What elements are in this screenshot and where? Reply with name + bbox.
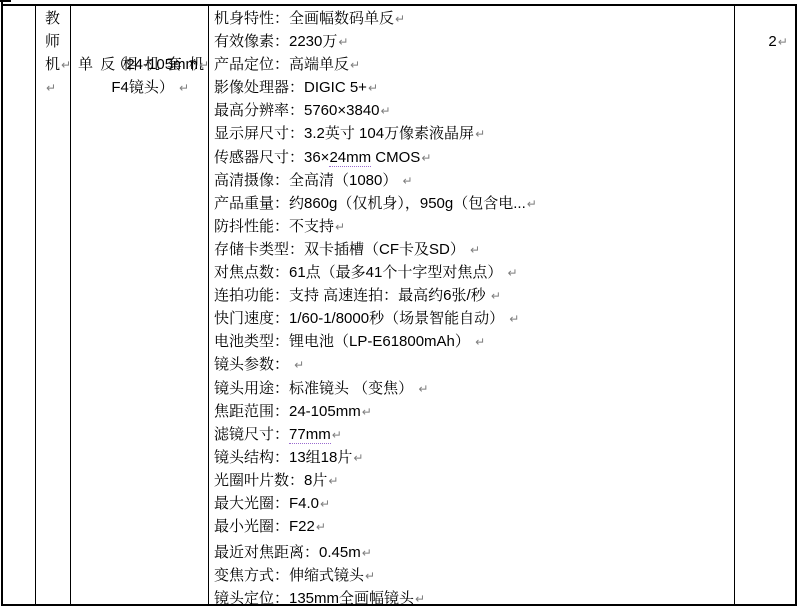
spec-table: 7↵ 教师机↵↵ 单反相机套机 （24-105mm↵ F4镜头） ↵ 机身特性：… [1,4,797,606]
paragraph-mark-icon: ↵ [179,81,189,95]
spec-text: 镜头结构：13组18片 [214,449,352,466]
spec-line: 传感器尺寸：36×24mm CMOS↵ [214,146,730,169]
cell-row-number[interactable]: 7↵ [3,6,36,604]
item-title-line: 单反相机套机 [78,7,203,30]
document-page: 7↵ 教师机↵↵ 单反相机套机 （24-105mm↵ F4镜头） ↵ 机身特性：… [0,0,801,608]
paragraph-mark-icon: ↵ [475,127,485,141]
spec-text: 产品定位：高端单反 [214,56,349,73]
machine-empty-paragraph: ↵ [45,76,70,99]
paragraph-mark-icon: ↵ [527,197,537,211]
spec-line: 最小光圈：F22↵ [214,515,730,538]
spec-text: 连拍功能：支持 高速连拍：最高约6张/秒 [214,287,490,304]
spec-line: 最高分辨率：5760×3840↵ [214,99,730,122]
paragraph-mark-icon: ↵ [199,58,209,72]
spec-line: 机身特性：全画幅数码单反↵ [214,7,730,30]
paragraph-mark-icon: ↵ [328,474,338,488]
spec-line: 有效像素：2230万↵ [214,30,730,53]
machine-char: 机 [45,56,60,73]
paragraph-mark-icon: ↵ [509,312,519,326]
paragraph-mark-icon: ↵ [362,405,372,419]
spec-line: 连拍功能：支持 高速连拍：最高约6张/秒 ↵ [214,284,730,307]
spec-text: 镜头用途：标准镜头 （变焦） [214,380,417,397]
paragraph-mark-icon: ↵ [365,569,375,583]
item-line2-text: （24-105mm [111,56,198,73]
item-line3-text: F4镜头） [111,79,178,96]
quantity-line: 2↵ [735,7,777,30]
paragraph-mark-icon: ↵ [470,243,480,257]
paragraph-mark-icon: ↵ [418,382,428,396]
paragraph-mark-icon: ↵ [475,335,485,349]
spec-line: 滤镜尺寸：77mm↵ [214,423,730,446]
spec-text: 影像处理器：DIGIC 5+ [214,79,367,96]
paragraph-mark-icon: ↵ [395,12,405,26]
spec-text: 快门速度：1/60-1/8000秒（场景智能自动） [214,310,508,327]
spec-text: 光圈叶片数：8片 [214,472,327,489]
spec-line: 防抖性能：不支持↵ [214,215,730,238]
spec-text: 有效像素：2230万 [214,33,337,50]
paragraph-mark-icon: ↵ [320,497,330,511]
spec-line: 焦距范围：24-105mm↵ [214,400,730,423]
cell-specifications[interactable]: 机身特性：全画幅数码单反↵有效像素：2230万↵产品定位：高端单反↵影像处理器：… [209,6,735,604]
paragraph-mark-icon: ↵ [61,58,71,72]
spellcheck-underlined-text: 24mm [329,149,371,167]
spec-line: 镜头参数： ↵ [214,353,730,376]
spec-text: 存储卡类型：双卡插槽（CF卡及SD） [214,241,469,258]
paragraph-mark-icon: ↵ [46,81,56,95]
paragraph-mark-icon: ↵ [338,35,348,49]
paragraph-mark-icon: ↵ [415,592,425,604]
paragraph-mark-icon: ↵ [350,58,360,72]
paragraph-mark-icon: ↵ [362,546,372,560]
paragraph-mark-icon: ↵ [316,520,326,534]
spec-text: 机身特性：全画幅数码单反 [214,10,394,27]
spec-line: 对焦点数：61点（最多41个十字型对焦点） ↵ [214,261,730,284]
spec-line: 产品重量：约860g（仅机身），950g（包含电...↵ [214,192,730,215]
paragraph-mark-icon: ↵ [381,104,391,118]
paragraph-mark-icon: ↵ [294,358,304,372]
spec-text: 最高分辨率：5760×3840 [214,102,380,119]
spec-text: 变焦方式：伸缩式镜头 [214,567,364,584]
row-number-line: 7↵ [10,7,35,30]
spec-line: 镜头用途：标准镜头 （变焦） ↵ [214,377,730,400]
spec-text: CMOS [371,149,420,166]
paragraph-mark-icon: ↵ [335,220,345,234]
spec-line: 电池类型：锂电池（LP-E61800mAh） ↵ [214,330,730,353]
spec-line: 快门速度：1/60-1/8000秒（场景智能自动） ↵ [214,307,730,330]
paragraph-mark-icon: ↵ [353,451,363,465]
paragraph-mark-icon: ↵ [368,81,378,95]
spec-line: 存储卡类型：双卡插槽（CF卡及SD） ↵ [214,238,730,261]
spec-text: 镜头参数： [214,356,293,373]
spec-text: 电池类型：锂电池（LP-E61800mAh） [214,333,474,350]
machine-char: 师 [45,33,60,50]
spec-line: 产品定位：高端单反↵ [214,53,730,76]
spec-text: 最近对焦距离：0.45m [214,544,361,561]
spec-text: 防抖性能：不支持 [214,218,334,235]
paragraph-mark-icon: ↵ [421,151,431,165]
spec-text: 最大光圈：F4.0 [214,495,319,512]
paragraph-mark-icon: ↵ [332,428,342,442]
machine-char-line: 师 [45,30,70,53]
spec-text: 高清摄像：全高清（1080） [214,172,402,189]
spec-text: 滤镜尺寸： [214,426,289,443]
spec-line: 显示屏尺寸：3.2英寸 104万像素液晶屏↵ [214,122,730,145]
machine-char: 教 [45,10,60,27]
cell-machine-type[interactable]: 教师机↵↵ [36,6,71,604]
quantity-text: 2 [768,33,776,50]
spec-line: 变焦方式：伸缩式镜头↵ [214,564,730,587]
spec-text: 传感器尺寸：36× [214,149,329,166]
spellcheck-underlined-text: 77mm [289,426,331,444]
paragraph-mark-icon: ↵ [491,289,501,303]
cell-quantity[interactable]: 2↵ [735,6,795,604]
machine-char-line: 教 [45,7,70,30]
spec-line: 镜头定位：135mm全画幅镜头↵ [214,587,730,604]
paragraph-mark-icon: ↵ [403,174,413,188]
spec-text: 产品重量：约860g（仅机身），950g（包含电... [214,195,526,212]
paragraph-mark-icon: ↵ [508,266,518,280]
spec-line: 高清摄像：全高清（1080） ↵ [214,169,730,192]
spec-text: 镜头定位：135mm全画幅镜头 [214,590,414,604]
spec-text: 对焦点数：61点（最多41个十字型对焦点） [214,264,507,281]
machine-char-line: 机↵ [45,53,70,76]
spec-text: 显示屏尺寸：3.2英寸 104万像素液晶屏 [214,125,474,142]
spec-line: 影像处理器：DIGIC 5+↵ [214,76,730,99]
spec-line: 光圈叶片数：8片↵ [214,469,730,492]
table-continuation-mark-horizontal [0,0,11,2]
paragraph-mark-icon: ↵ [778,35,788,49]
cell-item-name[interactable]: 单反相机套机 （24-105mm↵ F4镜头） ↵ [71,6,209,604]
spec-text: 焦距范围：24-105mm [214,403,361,420]
spec-line: 最近对焦距离：0.45m↵ [214,541,730,564]
spec-text: 最小光圈：F22 [214,518,315,535]
spec-line: 最大光圈：F4.0↵ [214,492,730,515]
spec-line: 镜头结构：13组18片↵ [214,446,730,469]
